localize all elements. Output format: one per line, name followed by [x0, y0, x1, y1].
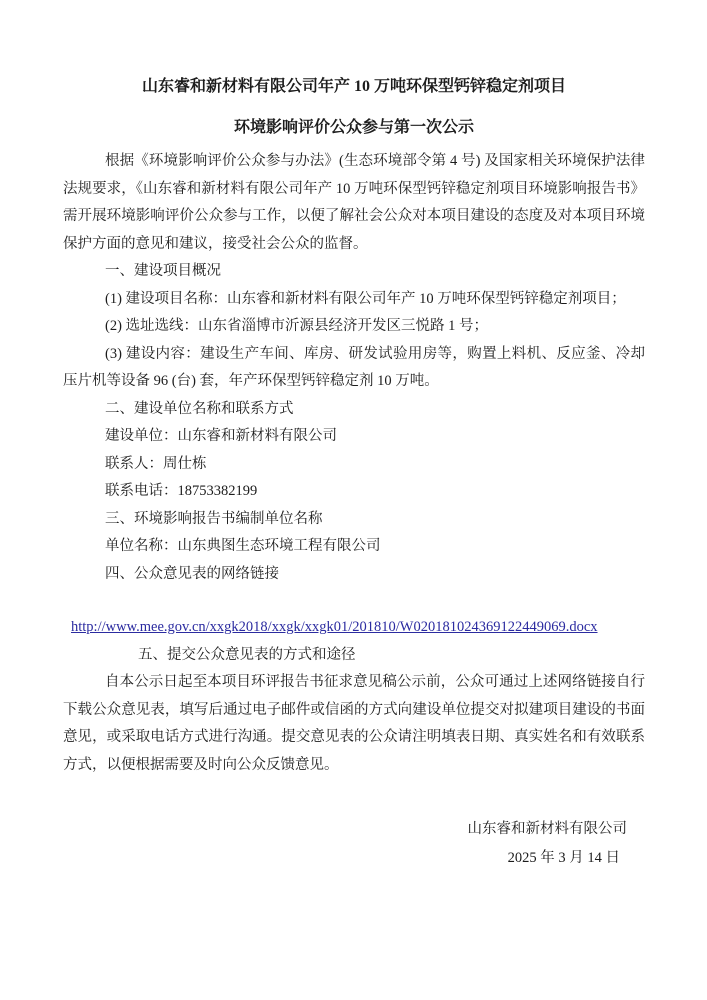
section5-paragraph: 自本公示日起至本项目环评报告书征求意见稿公示前，公众可通过上述网络链接自行下载公…	[63, 669, 645, 779]
section4-heading: 四、公众意见表的网络链接	[63, 561, 645, 589]
report-compiler-line: 单位名称：山东典图生态环境工程有限公司	[63, 533, 645, 561]
section1-item-3: (3) 建设内容：建设生产车间、库房、研发试验用房等，购置上料机、反应釜、冷却压…	[63, 341, 645, 396]
signature-date: 2025 年 3 月 14 日	[63, 844, 645, 873]
public-form-link[interactable]: http://www.mee.gov.cn/xxgk2018/xxgk/xxgk…	[71, 619, 598, 635]
signature-company: 山东睿和新材料有限公司	[63, 815, 645, 844]
link-line: http://www.mee.gov.cn/xxgk2018/xxgk/xxgk…	[63, 614, 645, 642]
contact-phone-line: 联系电话：18753382199	[63, 478, 645, 506]
contact-person-line: 联系人：周仕栋	[63, 451, 645, 479]
section3-heading: 三、环境影响报告书编制单位名称	[63, 506, 645, 534]
doc-title-line1: 山东睿和新材料有限公司年产 10 万吨环保型钙锌稳定剂项目	[63, 66, 645, 107]
section1-heading: 一、建设项目概况	[63, 258, 645, 286]
intro-paragraph: 根据《环境影响评价公众参与办法》(生态环境部令第 4 号) 及国家相关环境保护法…	[63, 148, 645, 258]
section1-item-1: (1) 建设项目名称：山东睿和新材料有限公司年产 10 万吨环保型钙锌稳定剂项目…	[63, 286, 645, 314]
doc-title-line2: 环境影响评价公众参与第一次公示	[63, 107, 645, 148]
section5-heading: 五、提交公众意见表的方式和途径	[63, 642, 645, 670]
document-page: 山东睿和新材料有限公司年产 10 万吨环保型钙锌稳定剂项目 环境影响评价公众参与…	[0, 0, 707, 1000]
section2-heading: 二、建设单位名称和联系方式	[63, 396, 645, 424]
construction-unit-line: 建设单位：山东睿和新材料有限公司	[63, 423, 645, 451]
section1-item-2: (2) 选址选线：山东省淄博市沂源县经济开发区三悦路 1 号；	[63, 313, 645, 341]
